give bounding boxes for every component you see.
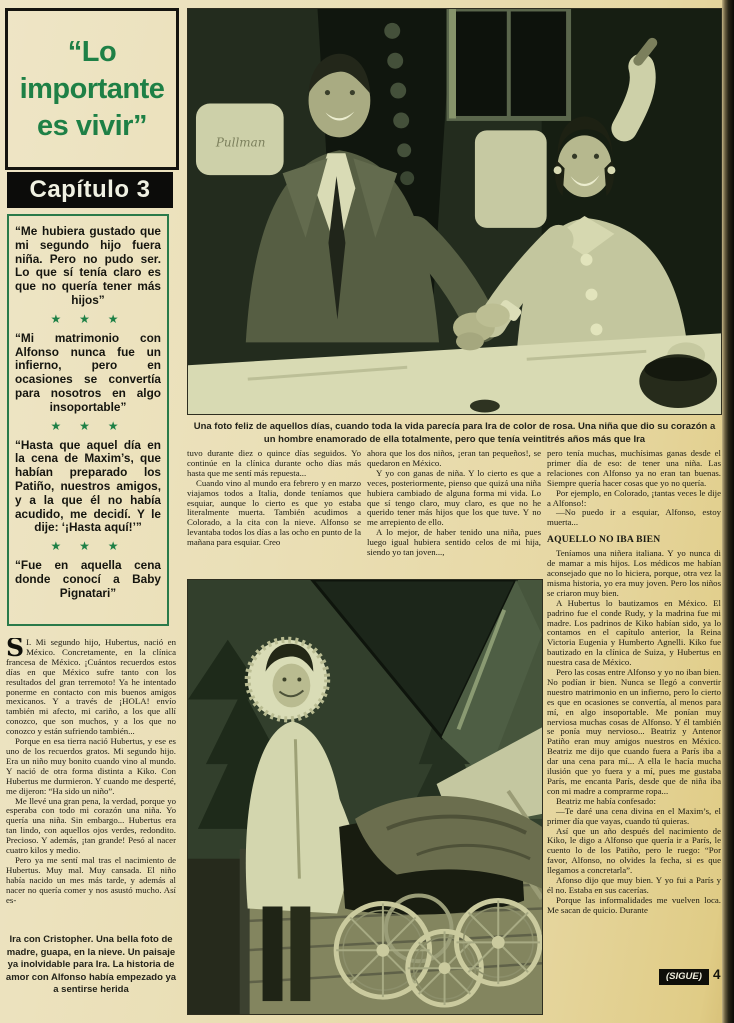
text-column-2: ahora que los dos niños, ¡eran tan peque…: [367, 449, 541, 578]
pram-photo-illustration: [188, 580, 542, 1014]
magazine-page: “Lo importante es vivir” Capítulo 3 “Me …: [0, 0, 734, 1023]
pram-photo-caption: Ira con Cristopher. Una bella foto de ma…: [5, 934, 177, 997]
body-paragraph: —No puedo ir a esquiar, Alfonso, estoy m…: [547, 508, 721, 528]
body-paragraph: tuvo durante diez o quince días seguidos…: [187, 449, 361, 479]
pram-photo: [187, 579, 543, 1015]
body-paragraph: Así que un año después del nacimiento de…: [547, 827, 721, 877]
pullman-script: Pullman: [215, 135, 266, 149]
star-separator-icon: ★ ★ ★: [15, 313, 161, 325]
continues-badge: (SIGUE): [659, 969, 709, 985]
text-column-3: pero tenía muchas, muchísimas ganas desd…: [547, 449, 721, 967]
lead-paragraph: SI. Mi segundo hijo, Hubertus, nació en …: [6, 638, 176, 737]
body-paragraph: Pero las cosas entre Alfonso y yo no iba…: [547, 668, 721, 797]
lead-paragraph: Me llevé una gran pena, la verdad, porqu…: [6, 797, 176, 856]
lead-column: SI. Mi segundo hijo, Hubertus, nació en …: [6, 638, 176, 926]
pull-quote: “Hasta que aquel día en la cena de Maxim…: [15, 439, 161, 536]
couple-photo-illustration: Pullman: [188, 9, 721, 414]
lead-paragraph: Porque en esa tierra nació Hubertus, y e…: [6, 737, 176, 796]
lead-paragraph-text: I. Mi segundo hijo, Hubertus, nació en M…: [6, 638, 176, 736]
couple-photo: Pullman: [187, 8, 722, 415]
body-paragraph: Y yo con ganas de niña. Y lo cierto es q…: [367, 469, 541, 528]
section-subheading: AQUELLO NO IBA BIEN: [547, 535, 721, 545]
body-paragraph: Cuando vino al mundo era febrero y en ma…: [187, 479, 361, 548]
body-paragraph: pero tenía muchas, muchísimas ganas desd…: [547, 449, 721, 489]
body-paragraph: Afonso dijo que muy bien. Y yo fui a Par…: [547, 876, 721, 896]
body-paragraph: Teníamos una niñera italiana. Y yo nunca…: [547, 549, 721, 599]
pull-quote: “Fue en aquella cena donde conocí a Baby…: [15, 559, 161, 600]
chapter-bar: Capítulo 3: [7, 172, 173, 208]
body-paragraph: A Hubertus lo bautizamos en México. El p…: [547, 599, 721, 668]
body-paragraph: ahora que los dos niños, ¡eran tan peque…: [367, 449, 541, 469]
body-paragraph: A lo mejor, de haber tenido una niña, pu…: [367, 528, 541, 558]
drop-cap: S: [6, 638, 24, 657]
text-column-1: tuvo durante diez o quince días seguidos…: [187, 449, 361, 578]
lead-paragraph: Pero ya me sentí mal tras el nacimiento …: [6, 856, 176, 906]
pull-quote-box: “Me hubiera gustado que mi segundo hijo …: [7, 214, 169, 626]
body-paragraph: —Te daré una cena divina en el Maxim’s, …: [547, 807, 721, 827]
page-title: “Lo importante es vivir”: [8, 34, 176, 145]
pull-quote: “Mi matrimonio con Alfonso nunca fue un …: [15, 332, 161, 415]
page-number: 4: [713, 967, 721, 982]
couple-photo-caption: Una foto feliz de aquellos días, cuando …: [189, 421, 720, 446]
right-page-edge: [722, 0, 734, 1023]
pull-quote: “Me hubiera gustado que mi segundo hijo …: [15, 225, 161, 308]
headline-box: “Lo importante es vivir”: [5, 8, 179, 170]
star-separator-icon: ★ ★ ★: [15, 540, 161, 552]
body-paragraph: Porque las informalidades me vuelven loc…: [547, 896, 721, 916]
star-separator-icon: ★ ★ ★: [15, 420, 161, 432]
chapter-label: Capítulo 3: [29, 176, 150, 204]
body-paragraph: Por ejemplo, en Colorado, ¡tantas veces …: [547, 489, 721, 509]
